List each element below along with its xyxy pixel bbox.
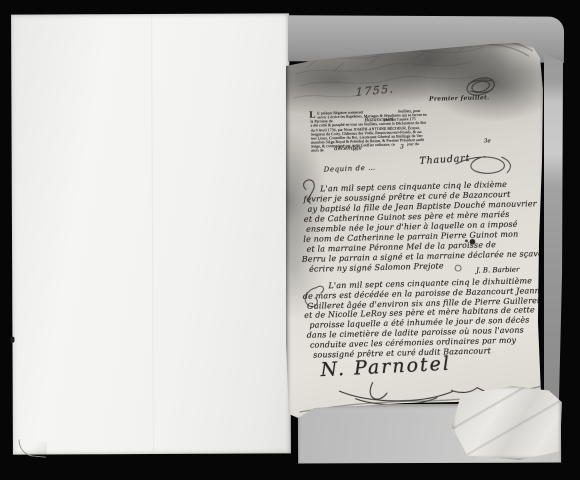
edge-ink-mark xyxy=(10,337,14,343)
baptism-entry: L'an mil sept cens cinquante cinq le dix… xyxy=(300,179,544,275)
manuscript-content: 1755. Premier feuillet. L E présent Régi… xyxy=(285,36,554,422)
insert-day: 3e xyxy=(484,138,491,144)
burial-entry: L'an mil sept cens cinquante cinq le dix… xyxy=(302,276,546,360)
scanner-bed: 1755. Premier feuillet. L E présent Régi… xyxy=(0,0,580,480)
insert-year-digit: 3 xyxy=(400,143,404,150)
drop-cap-initial: L xyxy=(309,111,316,121)
insert-month: décembre xyxy=(334,145,362,152)
folio-label: Premier feuillet. xyxy=(429,94,490,102)
page-crease xyxy=(151,14,155,454)
witness-signature: J. B. Barbier xyxy=(476,266,519,275)
corner-curl xyxy=(17,439,47,457)
insert-parish-name: Bazancourt xyxy=(364,117,393,124)
manuscript-page: 1755. Premier feuillet. L E présent Régi… xyxy=(286,42,546,422)
wrinkled-corner xyxy=(452,386,562,460)
left-blank-page xyxy=(11,13,291,454)
